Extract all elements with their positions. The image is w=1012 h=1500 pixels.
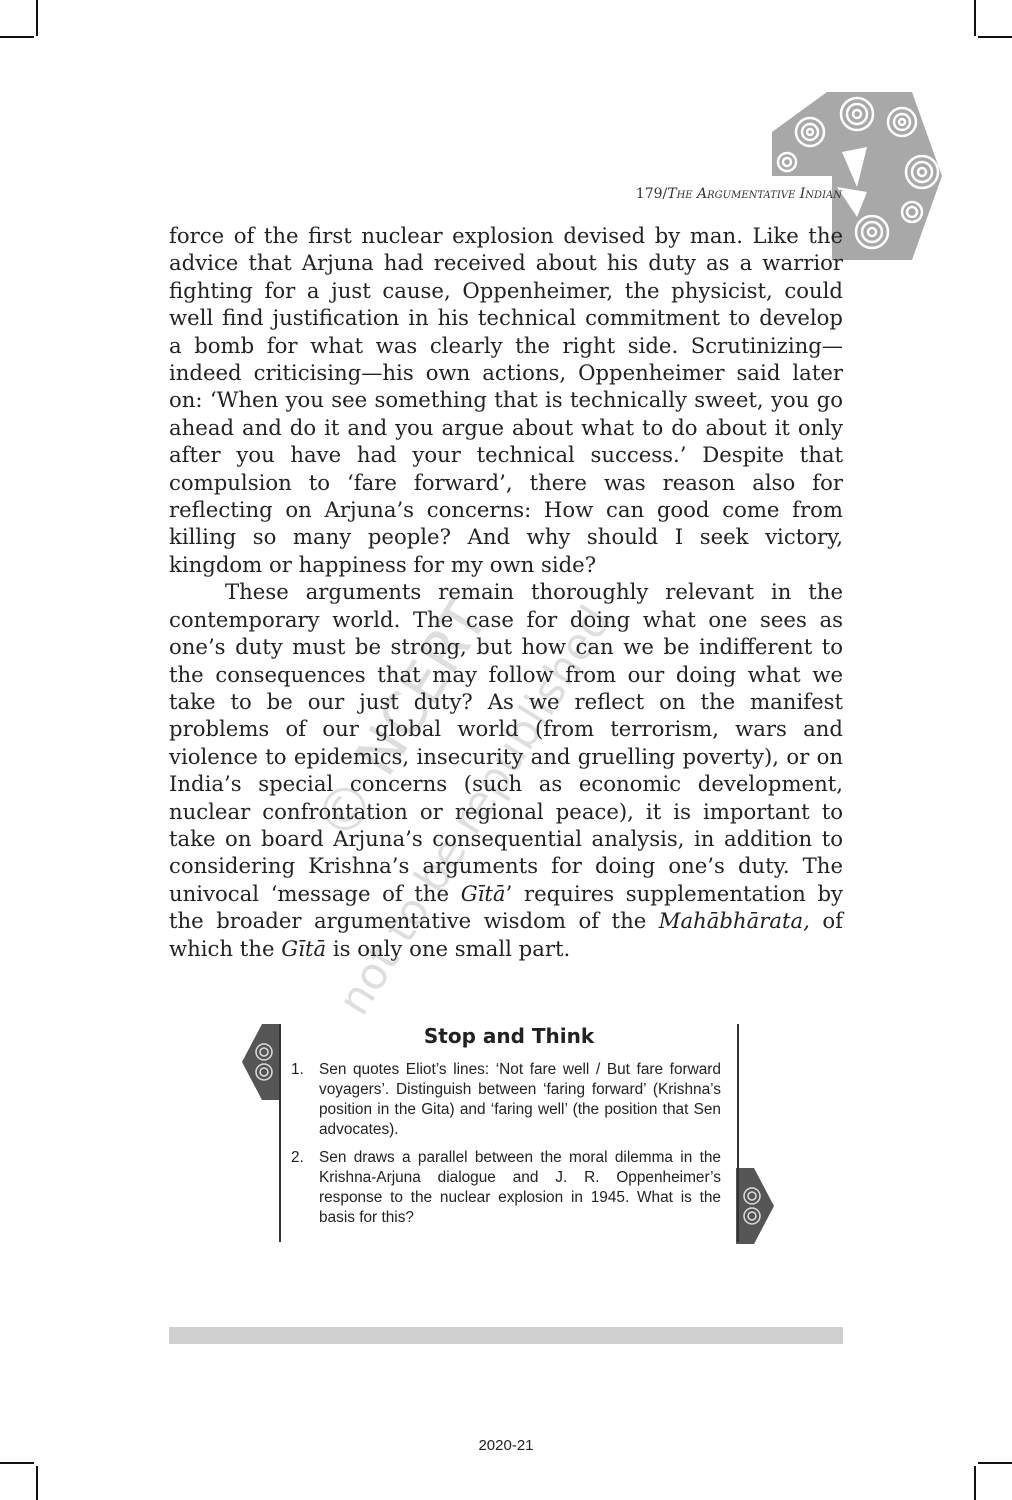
paragraph-2: These arguments remain thoroughly releva… xyxy=(169,578,843,962)
stop-and-think-box: Stop and Think 1. Sen quotes Eliot’s lin… xyxy=(279,1024,739,1242)
box-hexagon-left-icon xyxy=(242,1024,280,1100)
gita-italic: Gītā xyxy=(461,881,506,906)
crop-mark-top-left-h xyxy=(0,36,34,38)
crop-mark-bottom-right-v xyxy=(974,1466,976,1500)
paragraph-2-text: These arguments remain thoroughly releva… xyxy=(169,579,843,905)
paragraph-1: force of the first nuclear explosion dev… xyxy=(169,222,843,578)
box-hexagon-right-icon xyxy=(736,1168,774,1244)
crop-mark-top-right-h xyxy=(978,36,1012,38)
book-title: The Argumentative Indian xyxy=(667,186,842,202)
paragraph-2-text: is only one small part. xyxy=(326,936,570,961)
crop-mark-bottom-left-h xyxy=(0,1462,34,1464)
mahabharata-italic: Mahābhārata, xyxy=(659,908,810,933)
running-header: 179/The Argumentative Indian xyxy=(600,186,842,202)
crop-mark-top-right-v xyxy=(974,0,976,36)
body-text: force of the first nuclear explosion dev… xyxy=(169,222,843,962)
crop-mark-bottom-right-h xyxy=(978,1462,1012,1464)
page-number: 179 xyxy=(636,186,663,202)
edition-year: 2020-21 xyxy=(0,1437,1012,1454)
stop-and-think-title: Stop and Think xyxy=(281,1024,737,1048)
question-number: 2. xyxy=(291,1148,319,1228)
crop-mark-top-left-v xyxy=(36,0,38,36)
question-item: 2. Sen draws a parallel between the mora… xyxy=(291,1148,721,1228)
crop-mark-bottom-left-v xyxy=(36,1466,38,1500)
question-list: 1. Sen quotes Eliot’s lines: ‘Not fare w… xyxy=(291,1060,721,1236)
footer-bar xyxy=(169,1327,843,1344)
question-text: Sen quotes Eliot’s lines: ‘Not fare well… xyxy=(319,1060,721,1140)
question-item: 1. Sen quotes Eliot’s lines: ‘Not fare w… xyxy=(291,1060,721,1140)
gita-italic: Gītā xyxy=(281,936,326,961)
question-number: 1. xyxy=(291,1060,319,1140)
question-text: Sen draws a parallel between the moral d… xyxy=(319,1148,721,1228)
